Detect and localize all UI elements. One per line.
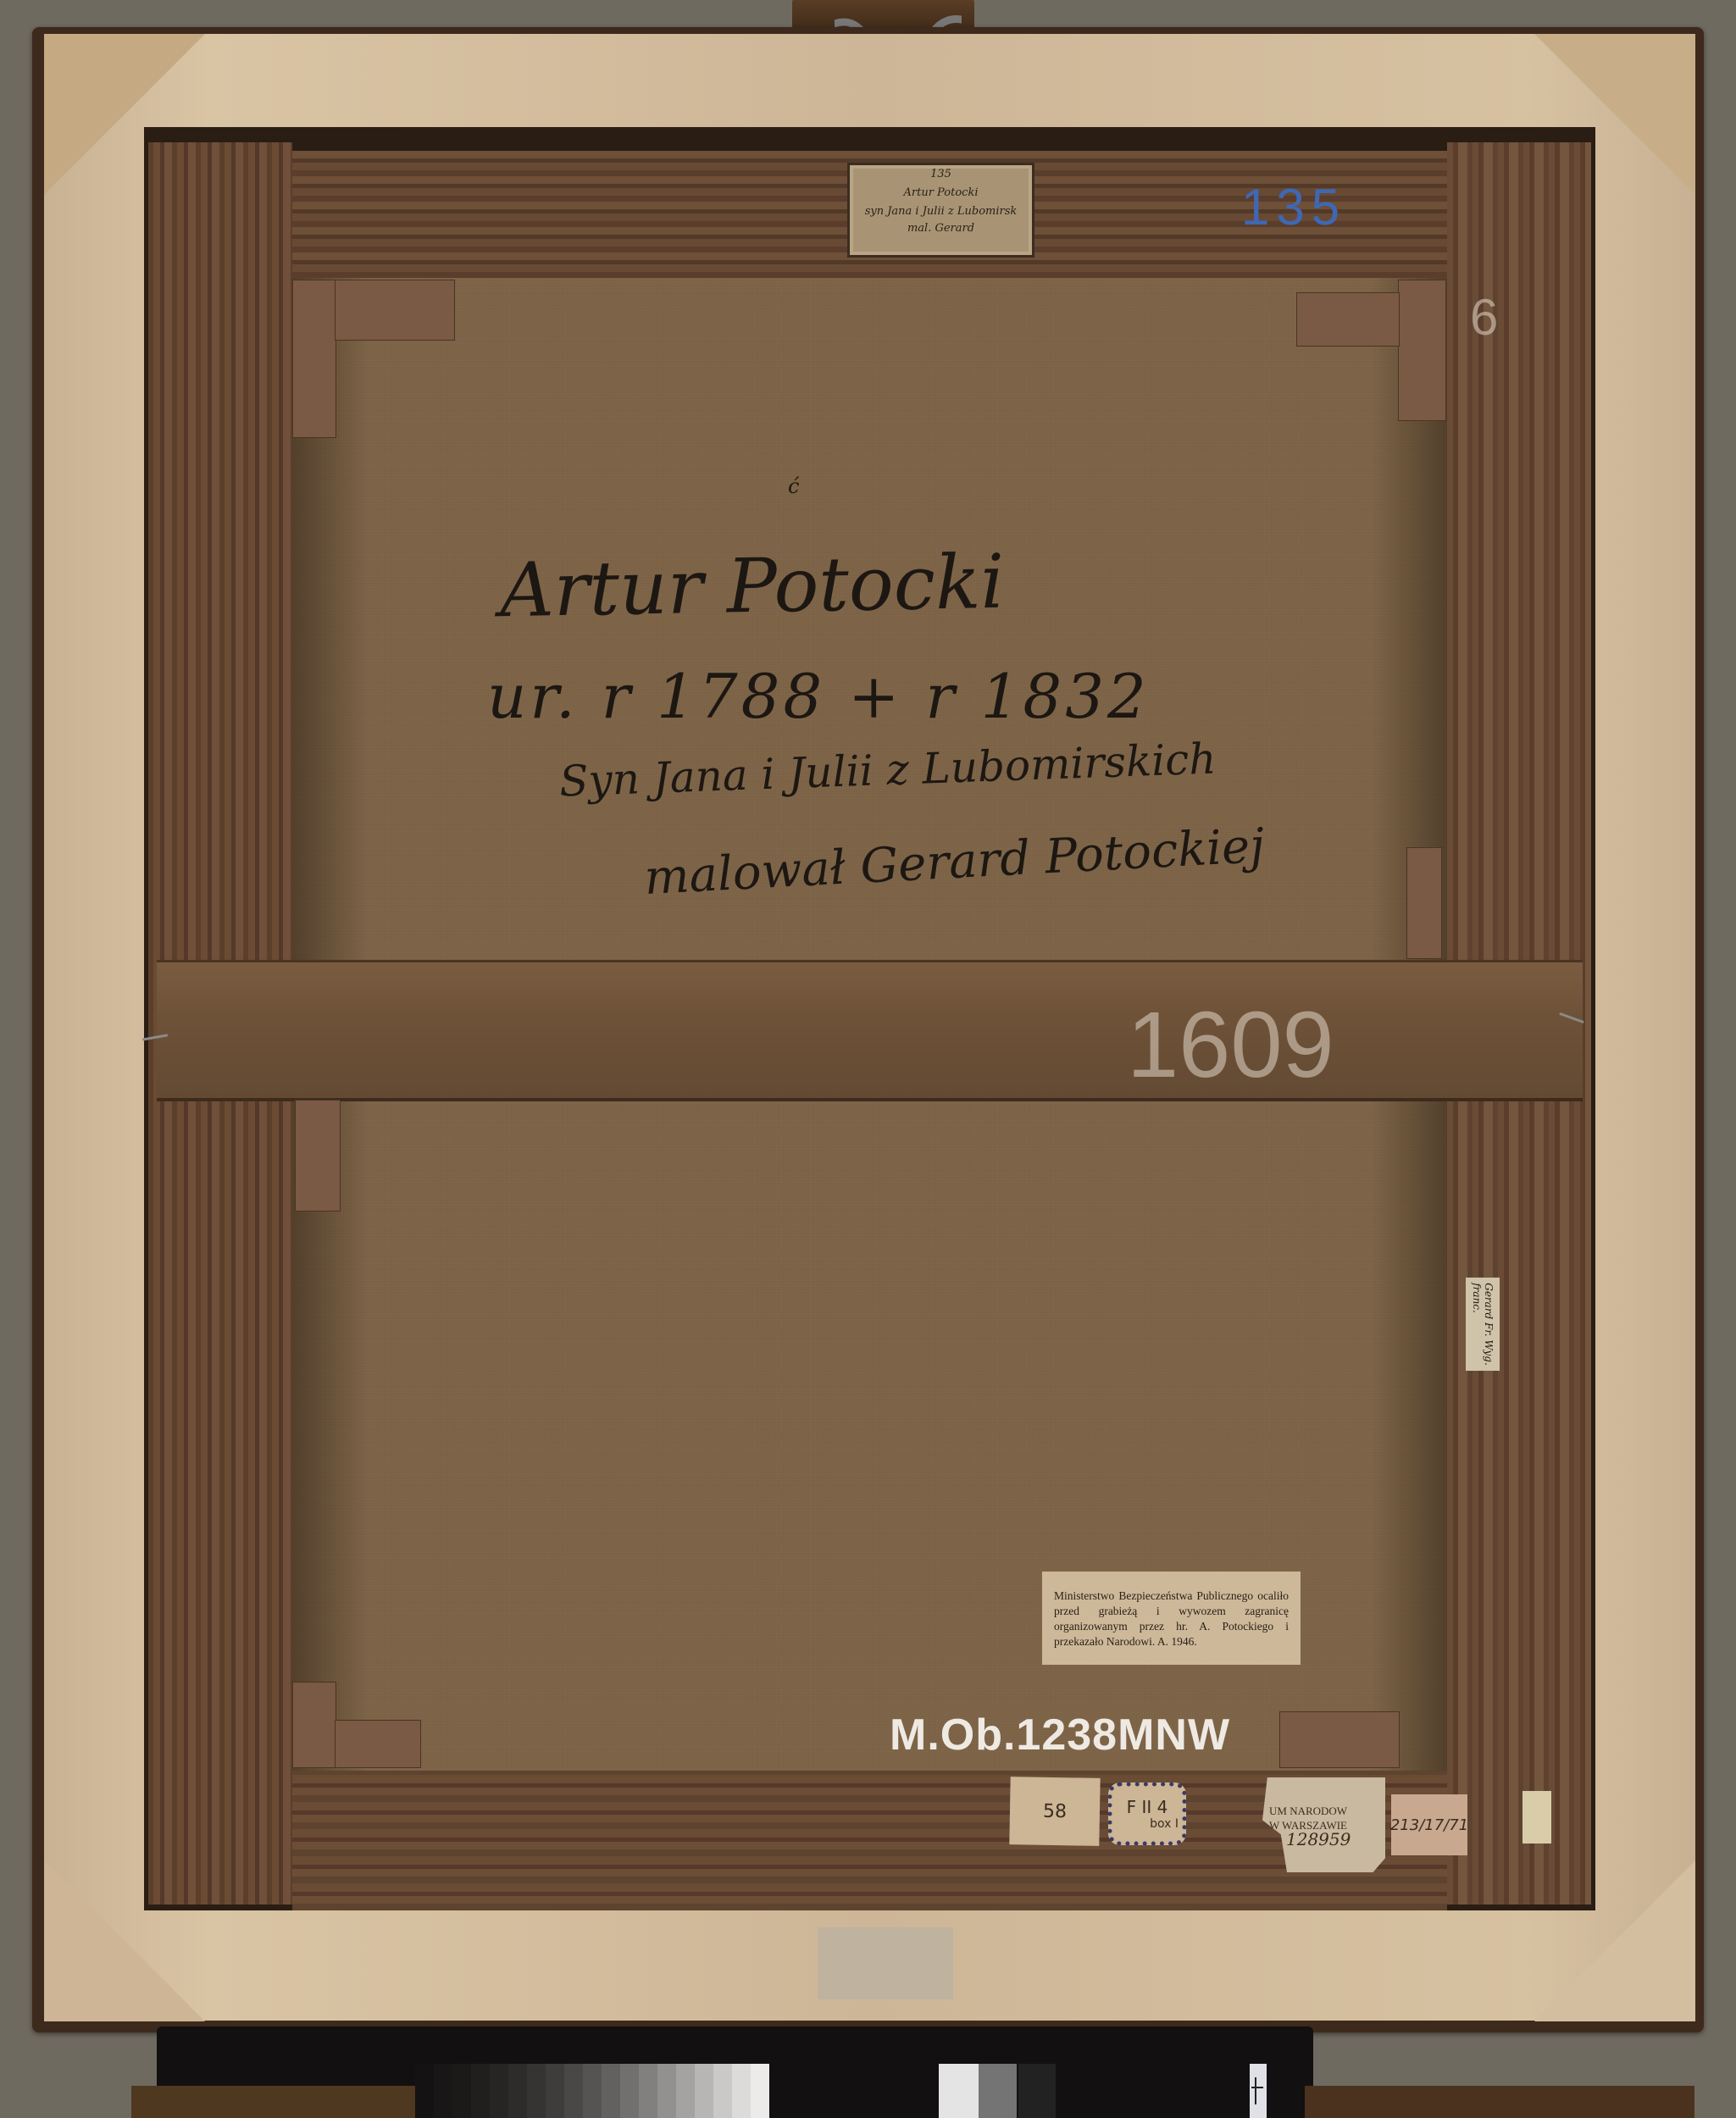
blue-marker-number: 135 <box>1241 178 1346 236</box>
label-line: 135 <box>850 165 1032 184</box>
gray-scale-step <box>620 2064 639 2118</box>
stretcher-key <box>295 1100 341 1211</box>
inscription-name: Artur Potocki <box>499 538 1005 634</box>
easel-base <box>1305 2086 1694 2118</box>
stretcher-key <box>1398 280 1446 421</box>
paper-label-side: Gerard Fr. Wyg. franc. <box>1466 1278 1500 1371</box>
gray-scale-step <box>415 2064 434 2118</box>
label-line: syn Jana i Julii z Lubomirsk <box>850 202 1032 221</box>
gray-scale-step <box>639 2064 657 2118</box>
stretcher-key <box>292 1682 336 1768</box>
canvas-shadow <box>1371 1098 1447 1771</box>
inventory-number: M.Ob.1238MNW <box>890 1710 1230 1760</box>
stretcher-key <box>292 280 336 438</box>
gray-scale-step <box>695 2064 713 2118</box>
gray-scale-step <box>508 2064 527 2118</box>
reference-patch-white <box>939 2064 979 2118</box>
gray-scale-step <box>434 2064 452 2118</box>
printed-provenance-label: Ministerstwo Bezpieczeństwa Publicznego … <box>1042 1572 1301 1665</box>
museum-number: 128959 <box>1286 1832 1351 1847</box>
stretcher-crossbar <box>157 960 1583 1101</box>
gray-scale-step <box>490 2064 508 2118</box>
chalk-mark: 1609 <box>1127 991 1334 1099</box>
reference-patch-black <box>1018 2064 1056 2118</box>
gray-scale-step <box>452 2064 471 2118</box>
scale-ruler <box>1250 2064 1267 2118</box>
gray-scale-step <box>732 2064 751 2118</box>
gray-scale-step <box>713 2064 732 2118</box>
gray-scale-step <box>602 2064 620 2118</box>
gray-scale-step <box>583 2064 602 2118</box>
gray-scale-step <box>546 2064 564 2118</box>
stretcher-key <box>1279 1711 1400 1768</box>
crosshair-icon <box>1255 2077 1256 2104</box>
chalk-mark: 6 <box>1470 288 1498 347</box>
stretcher-key <box>1296 292 1400 347</box>
gray-scale-chart <box>415 2064 769 2118</box>
stretcher-key <box>335 1720 421 1768</box>
crosshair-icon <box>1251 2087 1263 2088</box>
inscription-dates: ur. r 1788 + r 1832 <box>487 661 1150 732</box>
museum-name: UM NARODOW <box>1269 1804 1347 1818</box>
side-label-text: Gerard Fr. Wyg. franc. <box>1471 1283 1495 1366</box>
date-tag: 213/17/71 <box>1391 1794 1467 1855</box>
provenance-text: Ministerstwo Bezpieczeństwa Publicznego … <box>1054 1588 1289 1649</box>
number-tag: 58 <box>1009 1777 1100 1846</box>
stretcher-key <box>335 280 455 341</box>
inscription-accent: ć <box>788 474 799 498</box>
stretcher-key <box>1406 847 1442 959</box>
gray-scale-step <box>751 2064 769 2118</box>
shelf-tag: F II 4 box I <box>1108 1783 1186 1845</box>
label-line: franc. <box>1471 1283 1483 1313</box>
label-line: Gerard Fr. Wyg. <box>1483 1283 1495 1366</box>
gray-scale-step <box>676 2064 695 2118</box>
shelf-note: box I <box>1150 1817 1179 1831</box>
gray-scale-step <box>564 2064 583 2118</box>
reference-patch-gray <box>979 2064 1017 2118</box>
paper-label-top: 135 Artur Potocki syn Jana i Julii z Lub… <box>847 163 1034 258</box>
gray-scale-step <box>471 2064 490 2118</box>
paper-patch <box>818 1927 953 1999</box>
blank-tag <box>1522 1791 1551 1844</box>
label-line: mal. Gerard <box>850 221 1032 236</box>
gray-scale-step <box>527 2064 546 2118</box>
easel-base <box>131 2086 419 2118</box>
gray-scale-step <box>657 2064 676 2118</box>
label-line: Artur Potocki <box>850 184 1032 202</box>
shelf-code: F II 4 <box>1127 1797 1168 1817</box>
canvas-lower-panel <box>292 1098 1447 1771</box>
